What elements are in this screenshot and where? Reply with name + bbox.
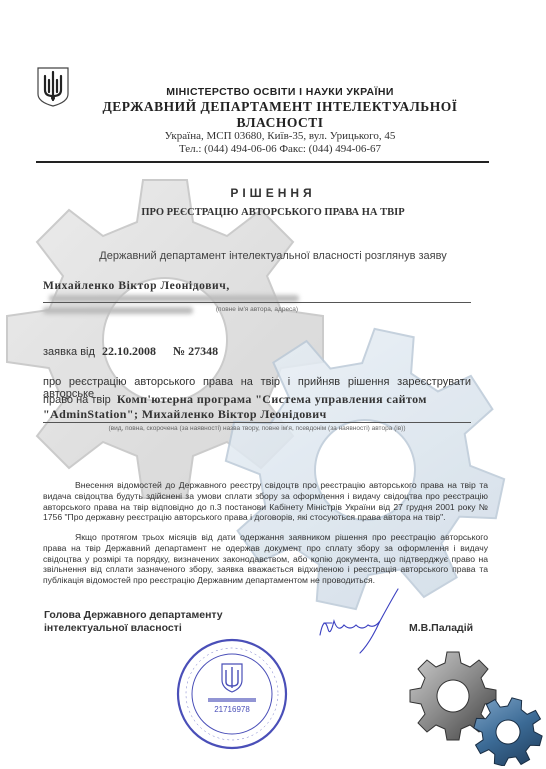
stamp-code: 21716978 <box>214 705 250 714</box>
certificate-document: МІНІСТЕРСТВО ОСВІТИ І НАУКИ УКРАЇНИ ДЕРЖ… <box>0 0 546 769</box>
gears-icon <box>398 646 544 766</box>
author-name: Михайленко Віктор Леонідович, <box>43 280 230 292</box>
author-underline <box>43 302 471 303</box>
application-info: заявка від 22.10.2008 № 27348 <box>43 344 228 359</box>
work-line: право на твір Комп'ютерна програма "Сист… <box>43 392 471 422</box>
ministry-name: МІНІСТЕРСТВО ОСВІТИ І НАУКИ УКРАЇНИ <box>80 86 480 98</box>
department-phone: Тел.: (044) 494-06-06 Факс: (044) 494-06… <box>130 143 430 155</box>
handwritten-signature <box>310 585 410 655</box>
department-address: Україна, МСП 03680, Київ-35, вул. Урицьк… <box>130 130 430 142</box>
work-underline <box>43 422 471 423</box>
header-divider <box>36 161 489 163</box>
official-stamp: 21716978 <box>174 636 290 752</box>
document-subtitle: ПРО РЕЄСТРАЦІЮ АВТОРСЬКОГО ПРАВА НА ТВІР <box>0 207 546 218</box>
decision-prefix: право на твір <box>43 394 111 406</box>
signer-position: Голова Державного департаменту інтелекту… <box>44 609 223 635</box>
document-title: РІШЕННЯ <box>0 186 546 200</box>
application-label: заявка від <box>43 346 95 358</box>
payment-conditions-paragraph: Внесення відомостей до Державного реєстр… <box>43 480 488 523</box>
work-caption: (вид, повна, скорочена (за наявності) на… <box>43 425 471 432</box>
department-name: ДЕРЖАВНИЙ ДЕПАРТАМЕНТ ІНТЕЛЕКТУАЛЬНОЇ ВЛ… <box>80 99 480 131</box>
signer-name: М.В.Паладій <box>409 622 473 634</box>
author-caption: (повне ім'я автора, адреса) <box>43 306 471 313</box>
reviewed-statement: Державний департамент інтелектуальної вл… <box>0 250 546 262</box>
application-date: 22.10.2008 <box>102 344 156 358</box>
application-number: № 27348 <box>173 344 218 358</box>
ukraine-trident-icon <box>36 66 70 108</box>
rejection-conditions-paragraph: Якщо протягом трьох місяців від дати оде… <box>43 532 488 586</box>
redacted-address <box>49 295 299 302</box>
